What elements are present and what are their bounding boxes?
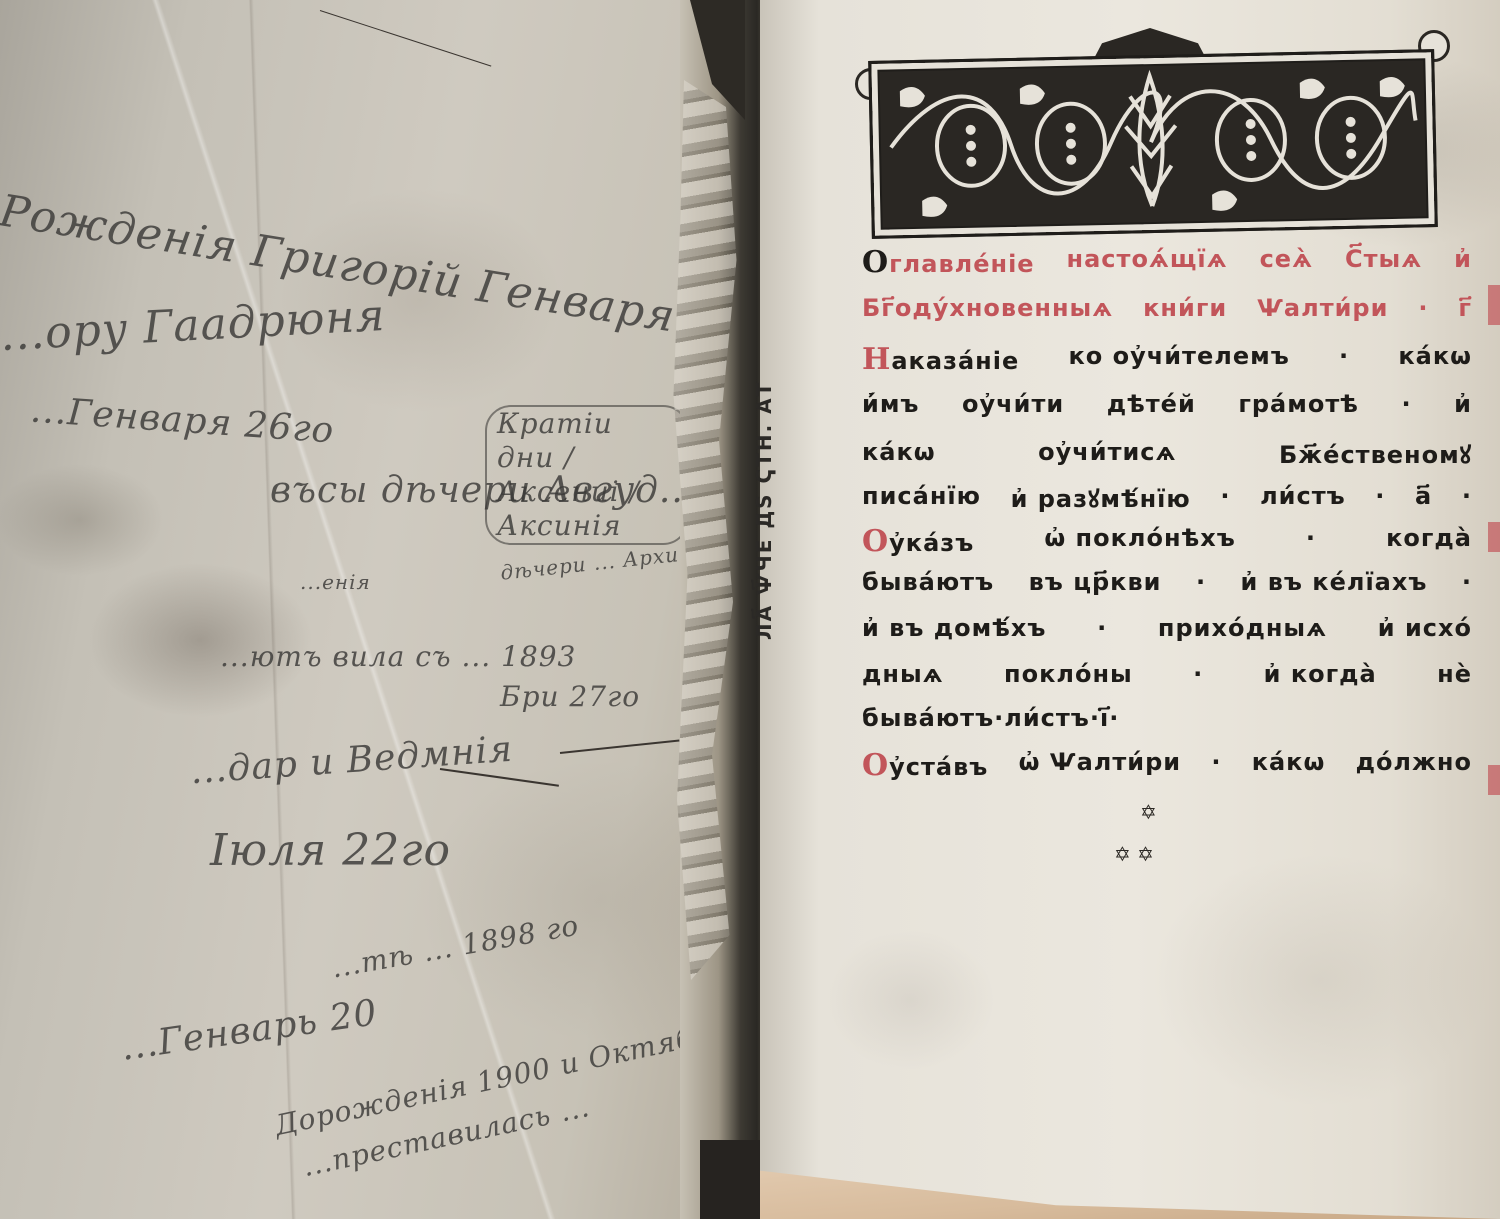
print-word: · [1090,704,1100,732]
print-word: покло́ны [1004,660,1133,688]
print-word: ѡ҆ покло́нѣхъ [1044,524,1235,559]
print-word: и҆́мъ [862,390,919,418]
print-word: сеѧ̀ [1260,245,1313,280]
print-word: и҆ когда̀ [1264,660,1377,688]
print-word: Бж҃е́ственомꙋ [1279,438,1472,471]
handwritten-note: въсы дѣчери Авгуд... [270,470,696,511]
handwritten-note: Бри 27го [500,680,640,713]
marginal-rubric [1488,765,1500,795]
contents-entry-line: быва́ютъ въ цр҃кви · и҆ въ ке́лїахъ · [862,568,1472,596]
print-word: Бг҃оду́хновенныѧ [862,294,1113,322]
contents-entry-line: Оу҆ста́въ ѡ҆ Ѱалти́ри · ка́кѡ до́лжно [862,748,1472,783]
contents-entry-line: быва́ютъ · ли́стъ · і҃ · [862,704,1102,732]
print-word: ко оу҆чи́телемъ [1069,342,1290,377]
print-word: · [1375,482,1385,515]
print-word: у҆ка́зъ [889,529,974,557]
woodcut-headpiece-ornament [868,49,1438,239]
print-word: · [1462,482,1472,515]
print-word: · [994,704,1004,732]
contents-entry-line: и҆́мъ оу҆чи́ти дѣте́й гра́мотѣ · и҆ [862,390,1472,418]
open-book-photo: Рожденія Григорій Генваря 25го ...ору Га… [0,0,1500,1219]
print-word: Ѱалти́ри [1257,294,1388,322]
print-word: до́лжно [1356,748,1472,783]
print-word: · [1306,524,1316,559]
print-word: дныѧ [862,660,944,688]
drop-initial: Н [862,342,891,377]
print-word: и҆ исхо́ [1378,614,1472,642]
print-word: у҆ста́въ [889,753,988,781]
drop-initial: О [862,748,889,783]
print-word: · [1418,294,1428,322]
print-word: когда̀ [1386,524,1472,559]
contents-entry-line: Оу҆ка́зъ ѡ҆ покло́нѣхъ · когда̀ [862,524,1472,559]
print-word: и҆ въ домѣ́хъ [862,614,1046,642]
print-word: гра́мотѣ [1238,390,1359,418]
marginal-rubric [1488,522,1500,552]
page-reference: і҃ [1100,704,1109,732]
contents-title-line-2: Бг҃оду́хновенныѧ кни́ги Ѱалти́ри · г҃ [862,294,1472,322]
print-word: дѣте́й [1107,390,1196,418]
print-word: аказа́ніе [891,347,1019,375]
print-word: и҆ въ ке́лїахъ [1241,568,1428,596]
print-word: · [1462,568,1472,596]
print-word: ѡ҆ Ѱалти́ри [1019,748,1182,783]
print-word: · [1109,704,1119,732]
print-word: · [1220,482,1230,515]
page-reference: а҃ [1415,482,1432,515]
print-word: нѐ [1437,660,1472,688]
handwritten-note: ...енія [300,570,371,594]
print-word: С҃тыѧ [1345,245,1422,280]
handwritten-note: Іюля 22го [210,825,451,876]
floral-vine-icon [879,60,1422,223]
print-word: · [1211,748,1221,783]
print-word: ка́кѡ [862,438,936,471]
print-word: кни́ги [1143,294,1227,322]
contents-entry-line: писа́нїю и҆ разꙋмѣ́нїю · ли́стъ · а҃ · [862,482,1472,515]
contents-entry-line: и҆ въ домѣ́хъ · прихо́дныѧ и҆ исхо́ [862,614,1472,642]
print-word: оу҆чи́ти [962,390,1064,418]
print-word: · [1193,660,1203,688]
contents-entry-line: Наказа́ніе ко оу҆чи́телемъ · ка́кѡ [862,342,1472,377]
print-word: · [1196,568,1206,596]
print-word: и҆ разꙋмѣ́нїю [1011,482,1191,515]
print-word: быва́ютъ [862,568,994,596]
print-word: г҃ [1458,294,1472,322]
print-word: и҆ [1454,390,1472,418]
drop-initial: О [862,245,889,280]
marginal-rubric [1488,285,1500,325]
ornament-star-icon: ✡ [1140,800,1157,824]
contents-entry-line: ка́кѡ оу҆чи́тисѧ Бж҃е́ственомꙋ [862,438,1472,471]
handwritten-note: ...ютъ вила съ ... 1893 [220,640,576,673]
print-word: · [1339,342,1349,377]
print-word: главле́ніе [889,250,1034,278]
print-word: настоѧ́щїѧ [1067,245,1228,280]
print-word: писа́нїю [862,482,981,515]
print-word: и҆ [1454,245,1472,280]
print-word: ли́стъ [1260,482,1346,515]
print-word: быва́ютъ [862,704,994,732]
print-word: · [1097,614,1107,642]
print-word: ли́стъ [1004,704,1090,732]
print-word: · [1401,390,1411,418]
ornament-star-icon: ✡ ✡ [1114,842,1154,866]
print-word: прихо́дныѧ [1158,614,1327,642]
drop-initial: О [862,524,889,559]
print-word: въ цр҃кви [1029,568,1162,596]
signature-mark: ЛА҃ Ѱ҃ЧЕ ДЅ ҀТН. АТ [752,320,792,640]
print-word: оу҆чи́тисѧ [1038,438,1176,471]
print-word: ка́кѡ [1398,342,1472,377]
contents-title-line-1: Оглавле́ніе настоѧ́щїѧ сеѧ̀ С҃тыѧ и҆ [862,245,1472,280]
print-word: ка́кѡ [1252,748,1326,783]
contents-entry-line: дныѧ покло́ны · и҆ когда̀ нѐ [862,660,1472,688]
